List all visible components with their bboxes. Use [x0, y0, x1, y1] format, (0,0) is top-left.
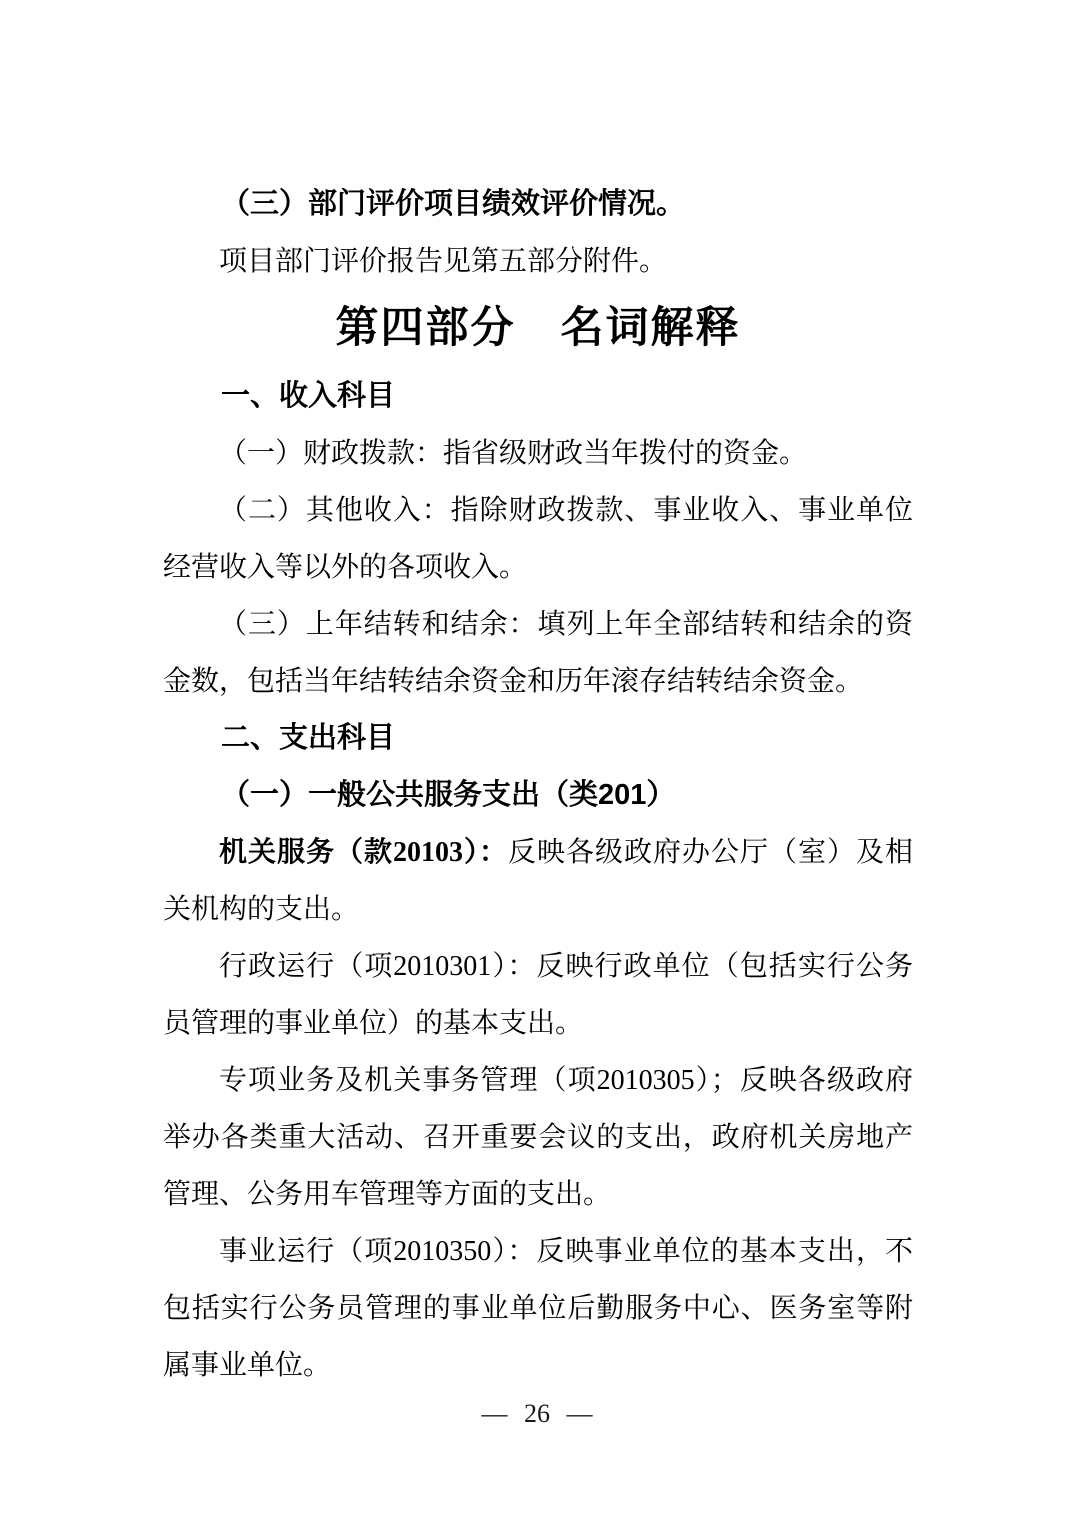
heading-expenditure-subjects: 二、支出科目	[163, 710, 913, 767]
part-title: 第四部分 名词解释	[163, 290, 913, 368]
paragraph-administrative-operation: 行政运行（项2010301）：反映行政单位（包括实行公务员管理的事业单位）的基本…	[163, 938, 913, 1052]
paragraph-institution-operation: 事业运行（项2010350）：反映事业单位的基本支出，不包括实行公务员管理的事业…	[163, 1223, 913, 1394]
paragraph-agency-services: 机关服务（款20103）：反映各级政府办公厅（室）及相关机构的支出。	[163, 824, 913, 938]
paragraph-special-business-management: 专项业务及机关事务管理（项2010305）；反映各级政府举办各类重大活动、召开重…	[163, 1052, 913, 1223]
term-agency-services: 机关服务（款20103）：	[219, 837, 508, 868]
paragraph-other-income: （二）其他收入：指除财政拨款、事业收入、事业单位经营收入等以外的各项收入。	[163, 482, 913, 596]
heading-general-public-services: （一）一般公共服务支出（类201）	[163, 767, 913, 824]
document-page: （三）部门评价项目绩效评价情况。 项目部门评价报告见第五部分附件。 第四部分 名…	[0, 0, 1074, 1520]
page-footer: — 26 —	[0, 1399, 1074, 1429]
paragraph-carryover-balance: （三）上年结转和结余：填列上年全部结转和结余的资金数，包括当年结转结余资金和历年…	[163, 596, 913, 710]
paragraph-report-reference: 项目部门评价报告见第五部分附件。	[163, 233, 913, 290]
paragraph-fiscal-appropriation: （一）财政拨款：指省级财政当年拨付的资金。	[163, 425, 913, 482]
document-content: （三）部门评价项目绩效评价情况。 项目部门评价报告见第五部分附件。 第四部分 名…	[163, 176, 913, 1394]
heading-income-subjects: 一、收入科目	[163, 368, 913, 425]
page-number: — 26 —	[482, 1399, 593, 1428]
heading-department-evaluation: （三）部门评价项目绩效评价情况。	[163, 176, 913, 233]
